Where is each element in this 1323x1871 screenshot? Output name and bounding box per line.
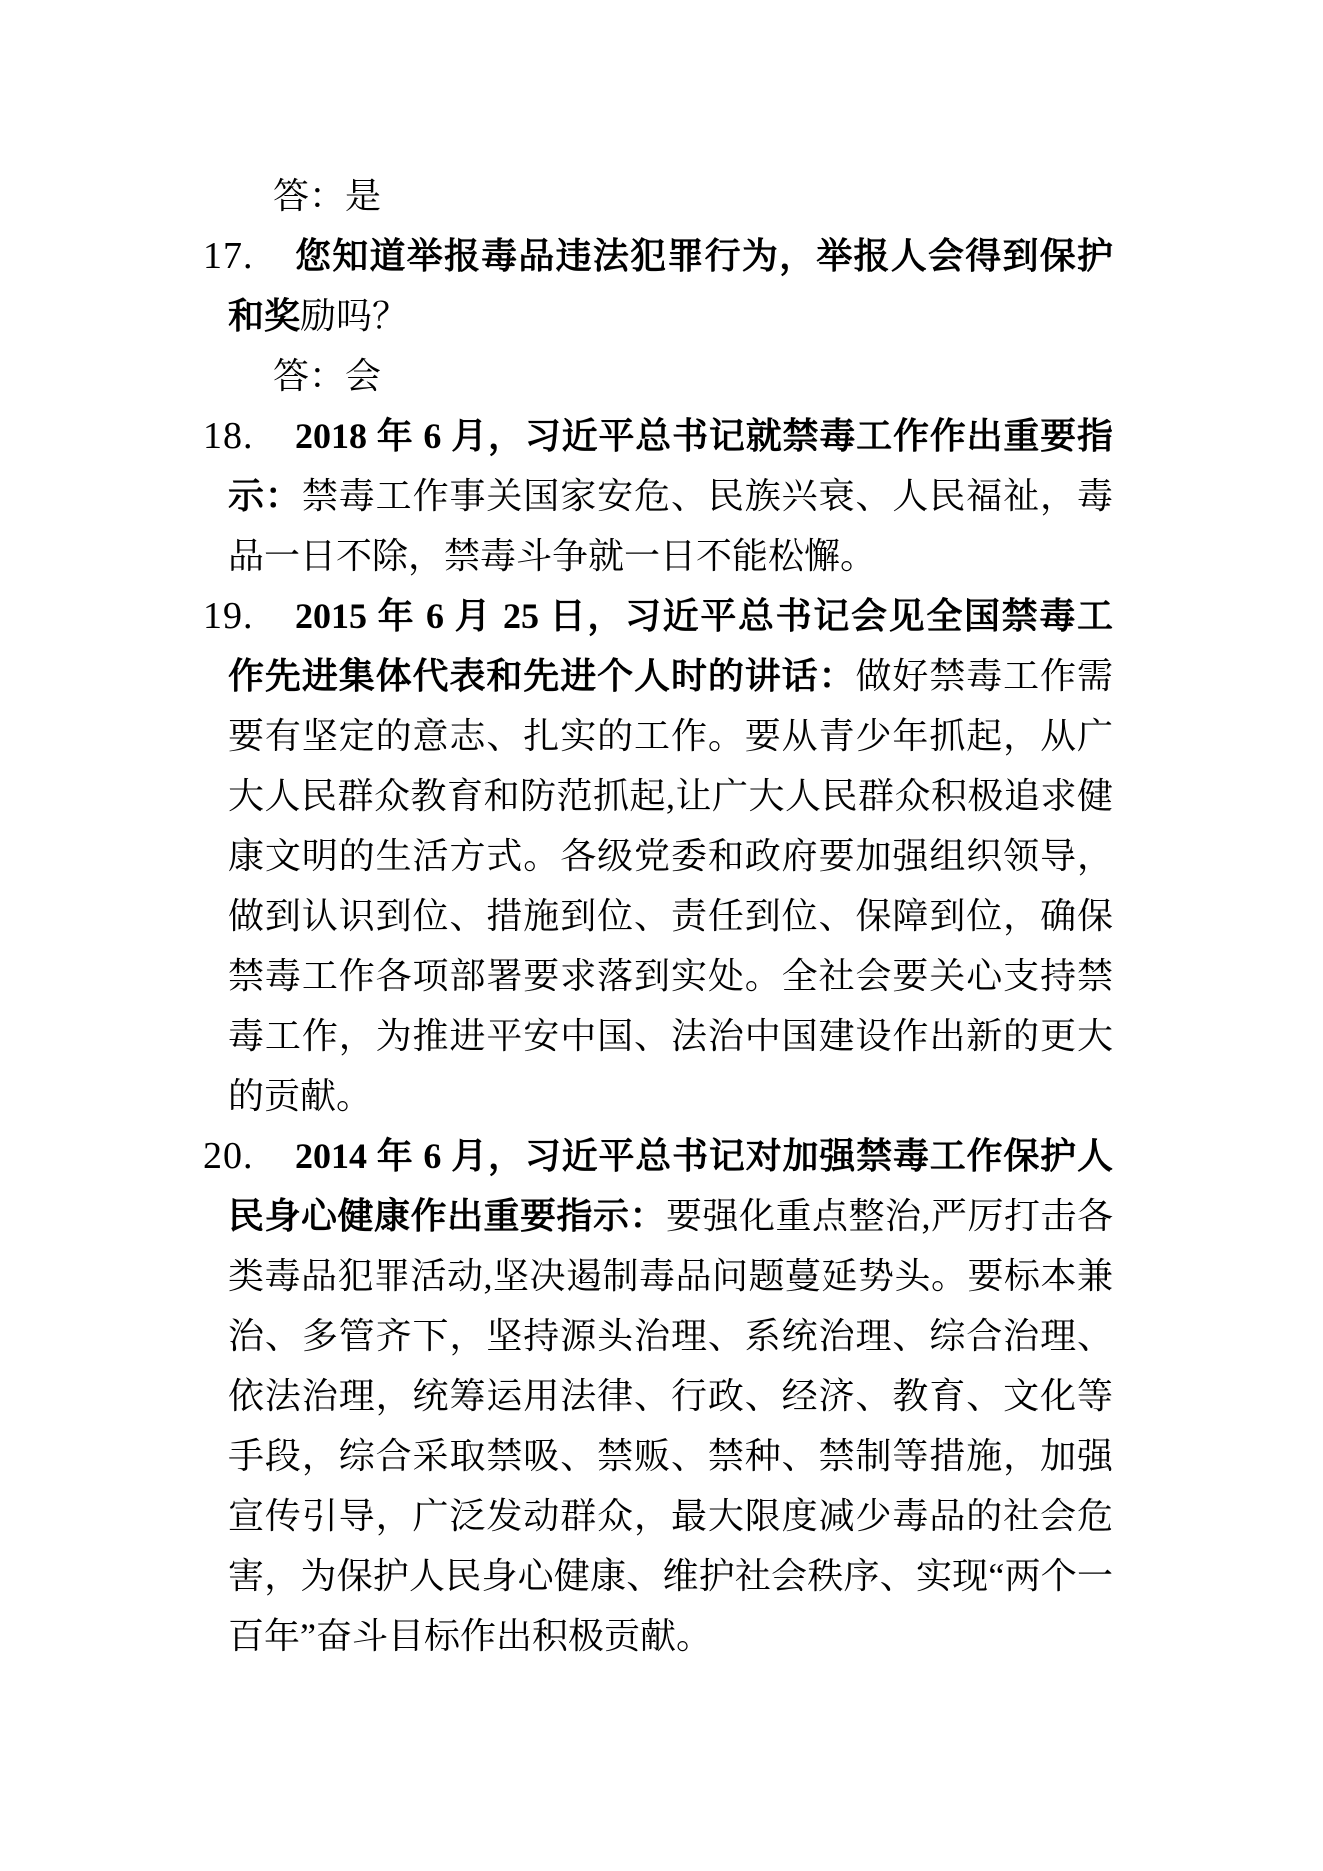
answer-line-17: 答：是	[273, 166, 1113, 226]
document-page: 答：是 17. 您知道举报毒品违法犯罪行为，举报人会得到保护和奖励吗？ 答：会 …	[0, 0, 1323, 1871]
document-content: 答：是 17. 您知道举报毒品违法犯罪行为，举报人会得到保护和奖励吗？ 答：会 …	[228, 166, 1113, 1666]
item-text-20: 2014 年 6 月，习近平总书记对加强禁毒工作保护人民身心健康作出重要指示：要…	[228, 1126, 1113, 1666]
list-item-18: 18. 2018 年 6 月，习近平总书记就禁毒工作作出重要指示：禁毒工作事关国…	[228, 406, 1113, 586]
list-item-20: 20. 2014 年 6 月，习近平总书记对加强禁毒工作保护人民身心健康作出重要…	[228, 1126, 1113, 1666]
answer-text: 答：是	[273, 176, 381, 216]
statement-body-text: 要强化重点整治,严厉打击各类毒品犯罪活动,坚决遏制毒品问题蔓延势头。要标本兼治、…	[228, 1196, 1113, 1656]
list-item-19: 19. 2015 年 6 月 25 日，习近平总书记会见全国禁毒工作先进集体代表…	[228, 586, 1113, 1126]
item-text-17: 您知道举报毒品违法犯罪行为，举报人会得到保护和奖励吗？	[228, 226, 1113, 346]
statement-body-text: 做好禁毒工作需要有坚定的意志、扎实的工作。要从青少年抓起，从广大人民群众教育和防…	[228, 656, 1113, 1116]
statement-body-text: 禁毒工作事关国家安危、民族兴衰、人民福祉，毒品一日不除，禁毒斗争就一日不能松懈。	[228, 476, 1113, 576]
question-regular-text: 励吗？	[300, 296, 408, 336]
item-text-19: 2015 年 6 月 25 日，习近平总书记会见全国禁毒工作先进集体代表和先进个…	[228, 586, 1113, 1126]
answer-line-17b: 答：会	[273, 346, 1113, 406]
item-number-17: 17.	[203, 226, 254, 286]
item-number-18: 18.	[203, 406, 254, 466]
answer-text: 答：会	[273, 356, 381, 396]
list-item-17: 17. 您知道举报毒品违法犯罪行为，举报人会得到保护和奖励吗？	[228, 226, 1113, 346]
item-text-18: 2018 年 6 月，习近平总书记就禁毒工作作出重要指示：禁毒工作事关国家安危、…	[228, 406, 1113, 586]
item-number-20: 20.	[203, 1126, 254, 1186]
item-number-19: 19.	[203, 586, 254, 646]
